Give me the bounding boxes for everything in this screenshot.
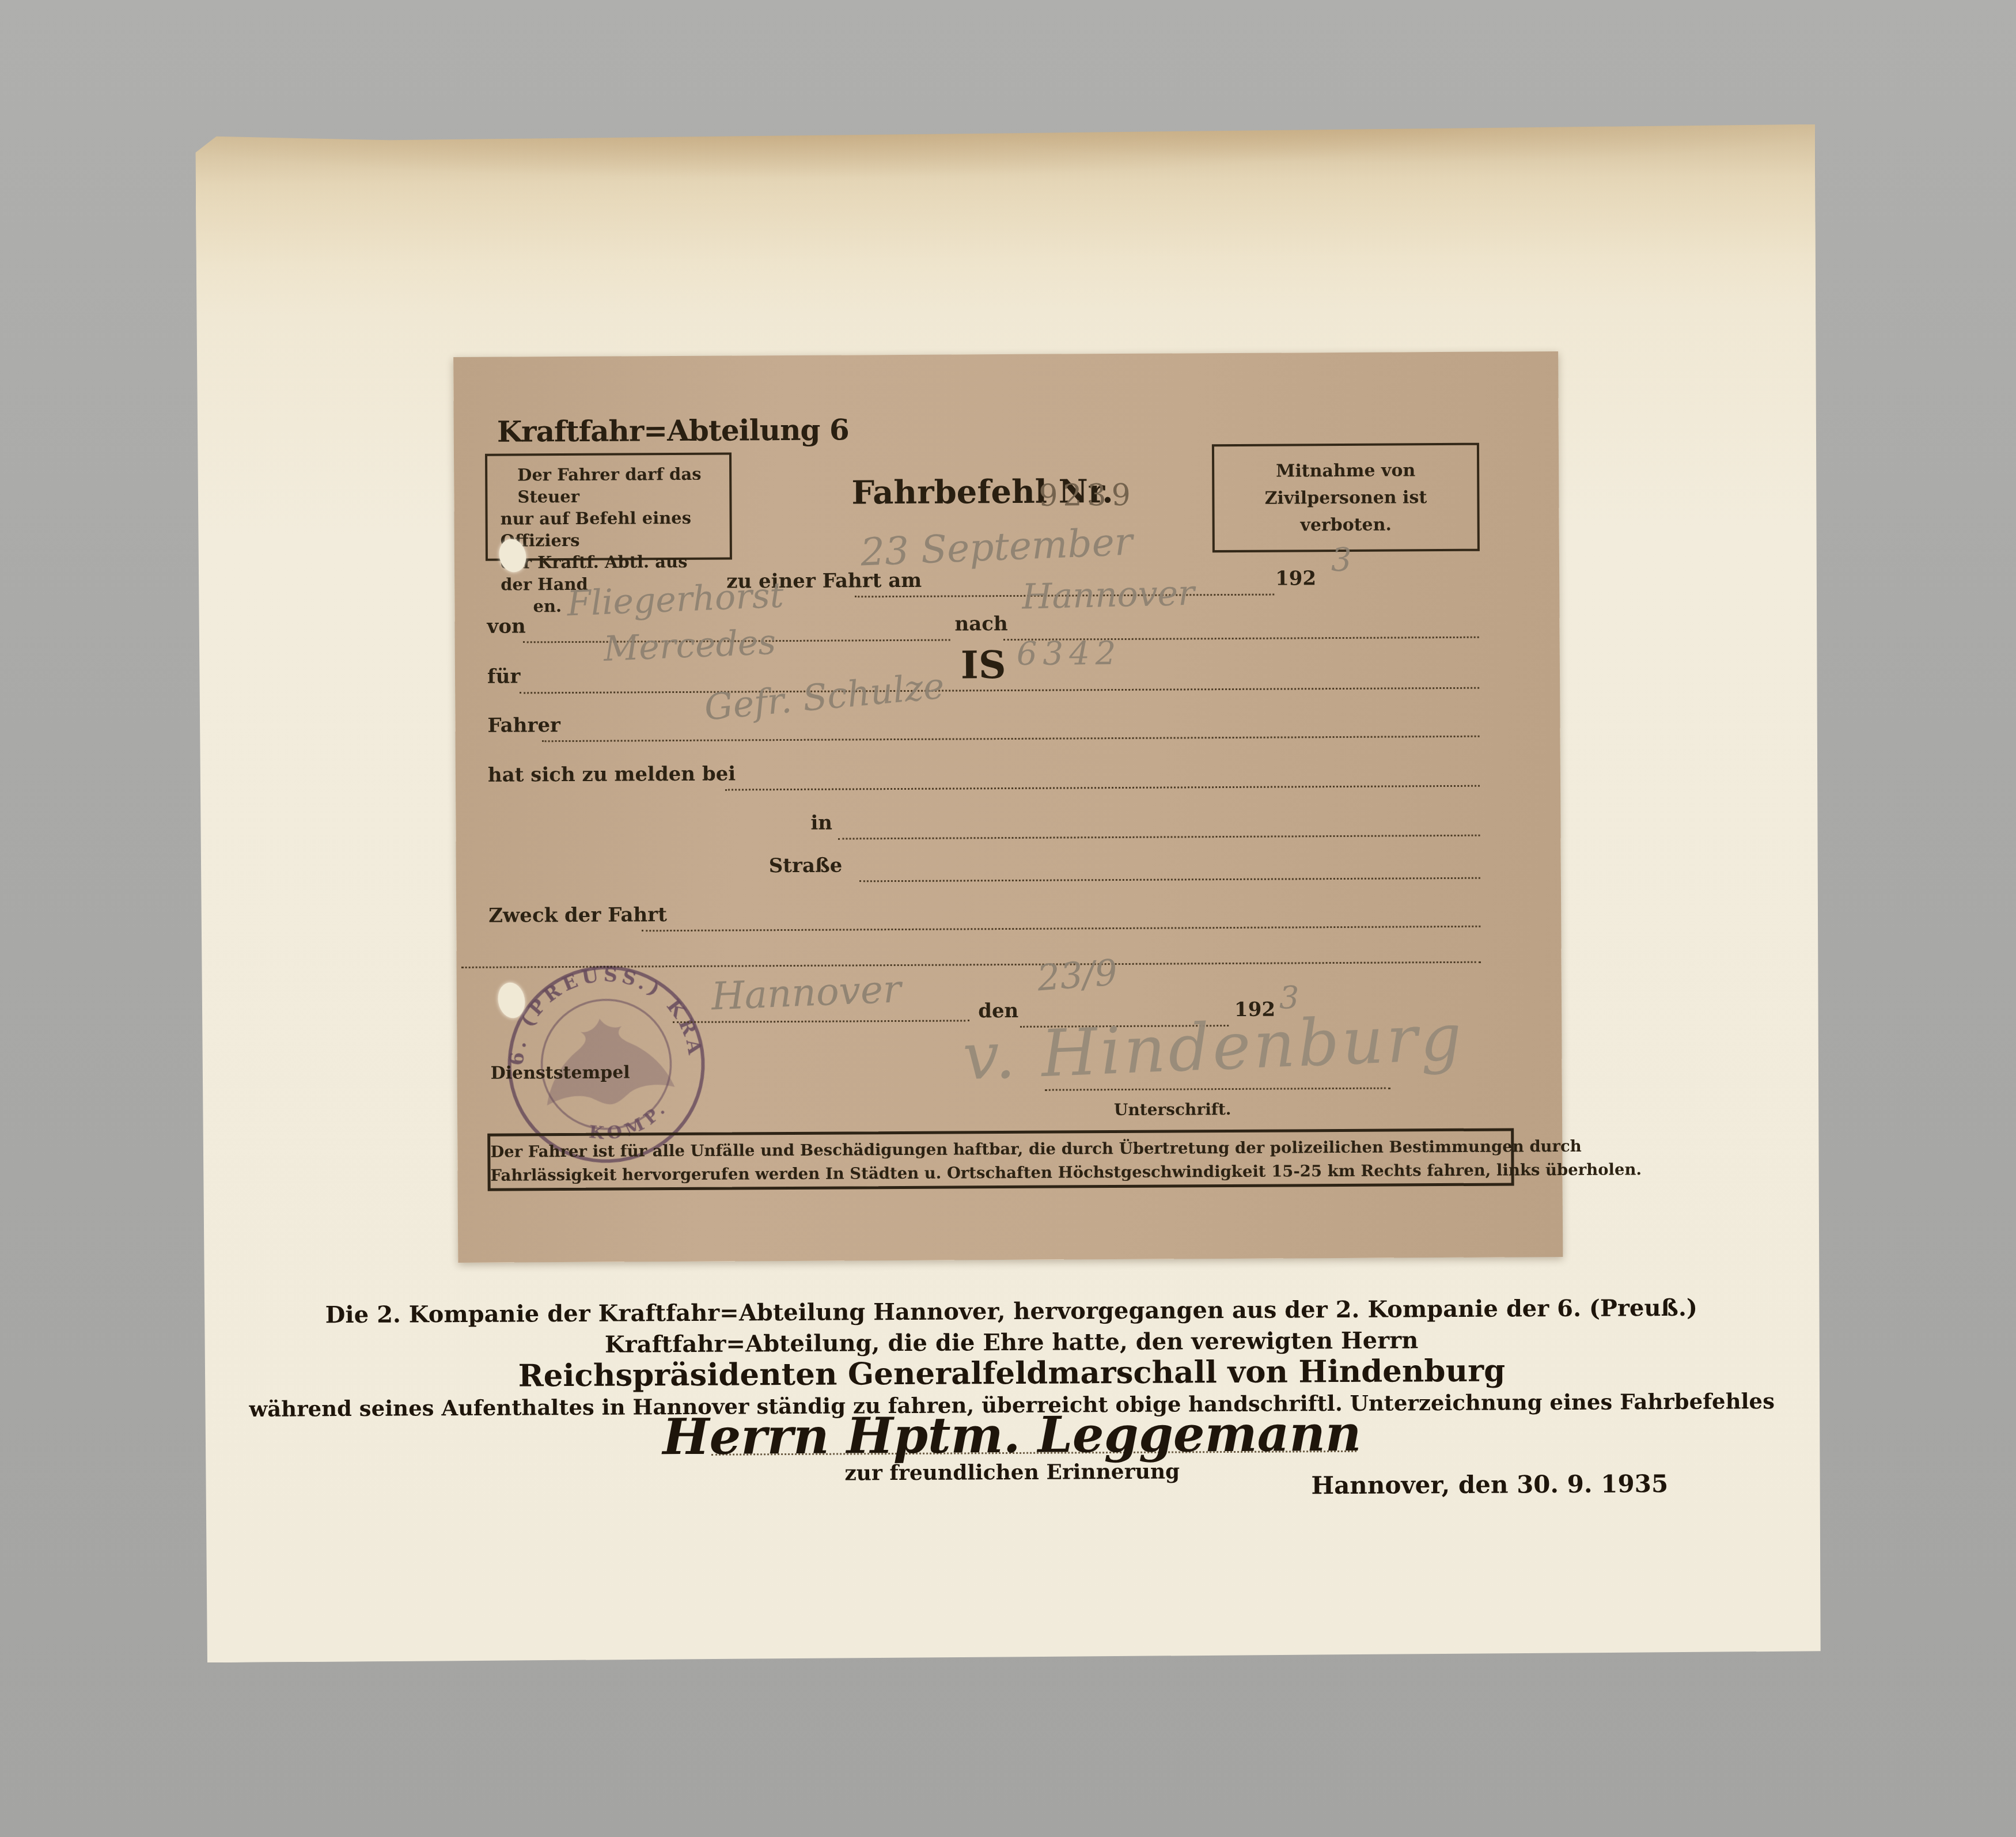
dotted-line [642, 926, 1480, 932]
notice-line: verboten. [1215, 510, 1477, 539]
dotted-line [542, 736, 1480, 743]
plate-prefix: IS [961, 642, 1006, 687]
for-label: für [487, 665, 520, 688]
photo-background: Kraftfahr=Abteilung 6 Der Fahrer darf da… [0, 0, 2016, 1837]
dotted-line [520, 687, 1479, 694]
handwritten-place: Hannover [710, 967, 901, 1018]
fahrbefehl-form: Kraftfahr=Abteilung 6 Der Fahrer darf da… [453, 351, 1563, 1263]
street-label: Straße [769, 854, 843, 878]
handwritten-to: Hannover [1022, 573, 1195, 618]
dotted-line [725, 785, 1480, 791]
notice-line: Mitnahme von [1214, 456, 1477, 484]
dedication-line-1: Die 2. Kompanie der Kraftfahr=Abteilung … [202, 1294, 1821, 1330]
handwritten-from: Fliegerhorst [566, 575, 785, 624]
notice-line: nur auf Befehl eines Offiziers [500, 507, 723, 552]
civilians-notice-box: Mitnahme von Zivilpersonen ist verboten. [1212, 443, 1480, 552]
trip-year-printed: 192 [1275, 567, 1316, 590]
handwritten-trip-date: 23 September [859, 520, 1133, 575]
unterschrift-label: Unterschrift. [1114, 1100, 1231, 1119]
report-to-label: hat sich zu melden bei [488, 762, 736, 786]
handwritten-vehicle: Mercedes [602, 622, 776, 669]
notice-line: Zivilpersonen ist [1214, 483, 1477, 512]
handwritten-trip-year: 3 [1331, 541, 1352, 579]
handwritten-plate: 6342 [1017, 635, 1122, 673]
stamp-eagle-icon [536, 1009, 676, 1113]
in-label: in [810, 812, 832, 835]
notice-line: Der Fahrer darf das Steuer [500, 463, 723, 508]
dotted-line [673, 1020, 969, 1023]
purpose-label: Zweck der Fahrt [488, 903, 667, 927]
order-number: 9239 [1039, 478, 1136, 513]
unit-heading: Kraftfahr=Abteilung 6 [497, 412, 849, 448]
handwritten-day: 23/9 [1036, 951, 1119, 999]
driver-label: Fahrer [487, 714, 560, 737]
document-card: Kraftfahr=Abteilung 6 Der Fahrer darf da… [195, 124, 1823, 1663]
handwritten-driver: Gefr. Schulze [703, 665, 946, 729]
dotted-line [838, 835, 1480, 840]
handwritten-signature: v. Hindenburg [961, 1000, 1465, 1095]
from-label: von [487, 615, 525, 638]
dotted-line [859, 877, 1480, 882]
warning-box: Der Fahrer ist für alle Unfälle und Besc… [487, 1128, 1514, 1191]
dedication-date: Hannover, den 30. 9. 1935 [1311, 1469, 1668, 1499]
warning-line: Fahrlässigkeit hervorgerufen werden In S… [490, 1158, 1511, 1187]
dienststempel-label: Dienststempel [491, 1062, 630, 1083]
to-label: nach [954, 612, 1007, 635]
